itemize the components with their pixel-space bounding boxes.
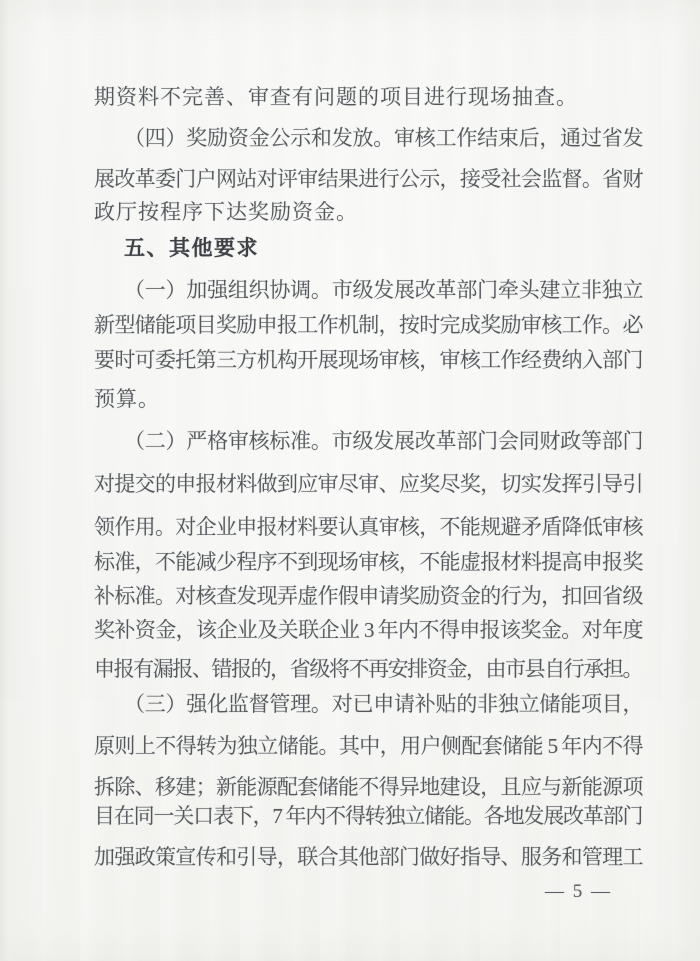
document-line: 标准，不能减少程序不到现场审核，不能虚报材料提高申报奖 (94, 549, 642, 575)
scanned-document-page: 期资料不完善、审查有问题的项目进行现场抽查。 （四）奖励资金公示和发放。审核工作… (0, 0, 700, 961)
document-line: 目在同一关口表下，7 年内不得转独立储能。各地发展改革部门 (94, 803, 642, 829)
document-line: 补标准。对核查发现弄虚作假申请奖励资金的行为，扣回省级 (94, 583, 642, 609)
document-line: 奖补资金，该企业及关联企业 3 年内不得申报该奖金。对年度 (94, 617, 642, 643)
document-line: （一）加强组织协调。市级发展改革部门牵头建立非独立 (94, 277, 642, 303)
document-line: 预算。 (94, 386, 642, 412)
document-line: （三）强化监督管理。对已申请补贴的非独立储能项目， (94, 691, 642, 717)
document-line: 领作用。对企业申报材料要认真审核，不能规避矛盾降低审核 (94, 514, 642, 540)
page-number: — 5 — (545, 880, 655, 904)
section-heading: 五、其他要求 (94, 236, 642, 262)
document-line: 申报有漏报、错报的，省级将不再安排资金，由市县自行承担。 (94, 656, 642, 682)
document-line: 拆除、移建；新能源配套储能不得异地建设，且应与新能源项 (94, 774, 642, 800)
document-line: （二）严格审核标准。市级发展改革部门会同财政等部门 (94, 428, 642, 454)
document-line: 展改革委门户网站对评审结果进行公示，接受社会监督。省财 (94, 166, 642, 192)
document-line: 对提交的申报材料做到应审尽审、应奖尽奖，切实发挥引导引 (94, 471, 642, 497)
document-line: （四）奖励资金公示和发放。审核工作结束后，通过省发 (94, 125, 642, 151)
document-line: 加强政策宣传和引导，联合其他部门做好指导、服务和管理工 (94, 844, 642, 870)
document-line: 政厅按程序下达奖励资金。 (94, 199, 642, 225)
document-line: 新型储能项目奖励申报工作机制，按时完成奖励审核工作。必 (94, 312, 642, 338)
page-edge-shading (0, 0, 10, 961)
document-line: 要时可委托第三方机构开展现场审核，审核工作经费纳入部门 (94, 347, 642, 373)
document-line: 原则上不得转为独立储能。其中，用户侧配套储能 5 年内不得 (94, 733, 642, 759)
document-line: 期资料不完善、审查有问题的项目进行现场抽查。 (94, 84, 642, 110)
